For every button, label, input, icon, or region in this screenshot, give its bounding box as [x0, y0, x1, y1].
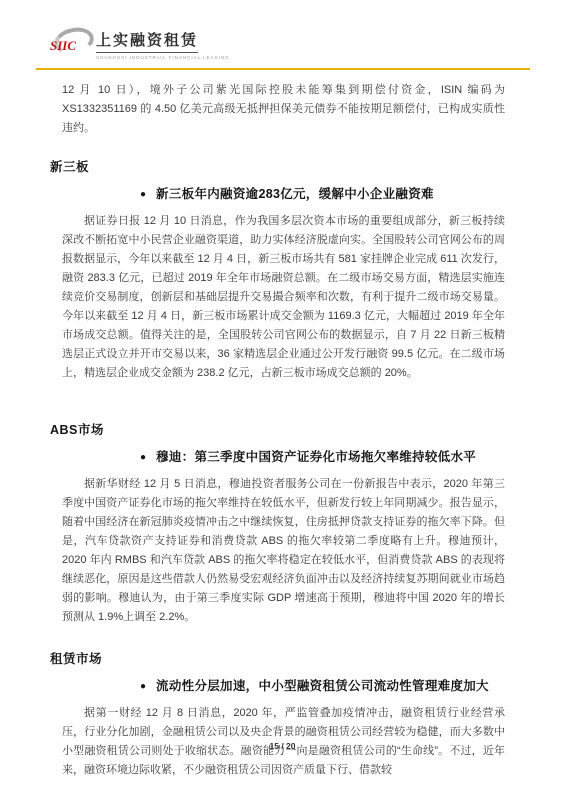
document-page: SIIC 上实融资租赁 SHANGHAI INDUSTRIAL FINANCIA…: [0, 0, 565, 800]
logo-mark-text: SIIC: [50, 38, 76, 54]
page-number: 15 / 20: [0, 741, 565, 751]
intro-paragraph: 12 月 10 日），境外子公司紫光国际控股未能筹集到期偿付资金，ISIN 编码…: [62, 81, 505, 138]
headline-title: 穆迪：第三季度中国资产证券化市场拖欠率维持较低水平: [156, 449, 476, 466]
headline-neeq: ● 新三板年内融资逾283亿元，缓解中小企业融资难: [62, 186, 505, 203]
company-logo: SIIC 上实融资租赁 SHANGHAI INDUSTRIAL FINANCIA…: [50, 26, 565, 60]
document-body: 12 月 10 日），境外子公司紫光国际控股未能筹集到期偿付资金，ISIN 编码…: [0, 81, 565, 780]
section-heading-leasing: 租赁市场: [50, 649, 505, 667]
headline-leasing: ● 流动性分层加速，中小型融资租赁公司流动性管理难度加大: [62, 678, 505, 695]
bullet-icon: ●: [140, 449, 146, 466]
section-paragraph: 据证券日报 12 月 10 日消息，作为我国多层次资本市场的重要组成部分，新三板…: [62, 212, 505, 383]
headline-abs: ● 穆迪：第三季度中国资产证券化市场拖欠率维持较低水平: [62, 449, 505, 466]
headline-title: 流动性分层加速，中小型融资租赁公司流动性管理难度加大: [156, 678, 489, 695]
company-name-english: SHANGHAI INDUSTRIAL FINANCIAL LEASING: [96, 55, 230, 60]
section-paragraph: 据新华财经 12 月 5 日消息，穆迪投资者服务公司在一份新报告中表示，2020…: [62, 475, 505, 627]
section-neeq: 新三板 ● 新三板年内融资逾283亿元，缓解中小企业融资难 据证券日报 12 月…: [62, 157, 505, 383]
company-name: 上实融资租赁: [96, 29, 198, 53]
section-heading-abs: ABS市场: [50, 420, 505, 438]
bullet-icon: ●: [140, 678, 146, 695]
bullet-icon: ●: [140, 186, 146, 203]
siic-logo-icon: SIIC: [50, 26, 90, 56]
header-divider: [36, 68, 530, 70]
section-heading-neeq: 新三板: [50, 157, 505, 175]
section-leasing: 租赁市场 ● 流动性分层加速，中小型融资租赁公司流动性管理难度加大 据第一财经 …: [62, 649, 505, 780]
page-header: SIIC 上实融资租赁 SHANGHAI INDUSTRIAL FINANCIA…: [0, 0, 565, 70]
headline-title: 新三板年内融资逾283亿元，缓解中小企业融资难: [156, 186, 434, 203]
logo-wordmark: 上实融资租赁 SHANGHAI INDUSTRIAL FINANCIAL LEA…: [96, 26, 230, 60]
section-abs: ABS市场 ● 穆迪：第三季度中国资产证券化市场拖欠率维持较低水平 据新华财经 …: [62, 420, 505, 627]
